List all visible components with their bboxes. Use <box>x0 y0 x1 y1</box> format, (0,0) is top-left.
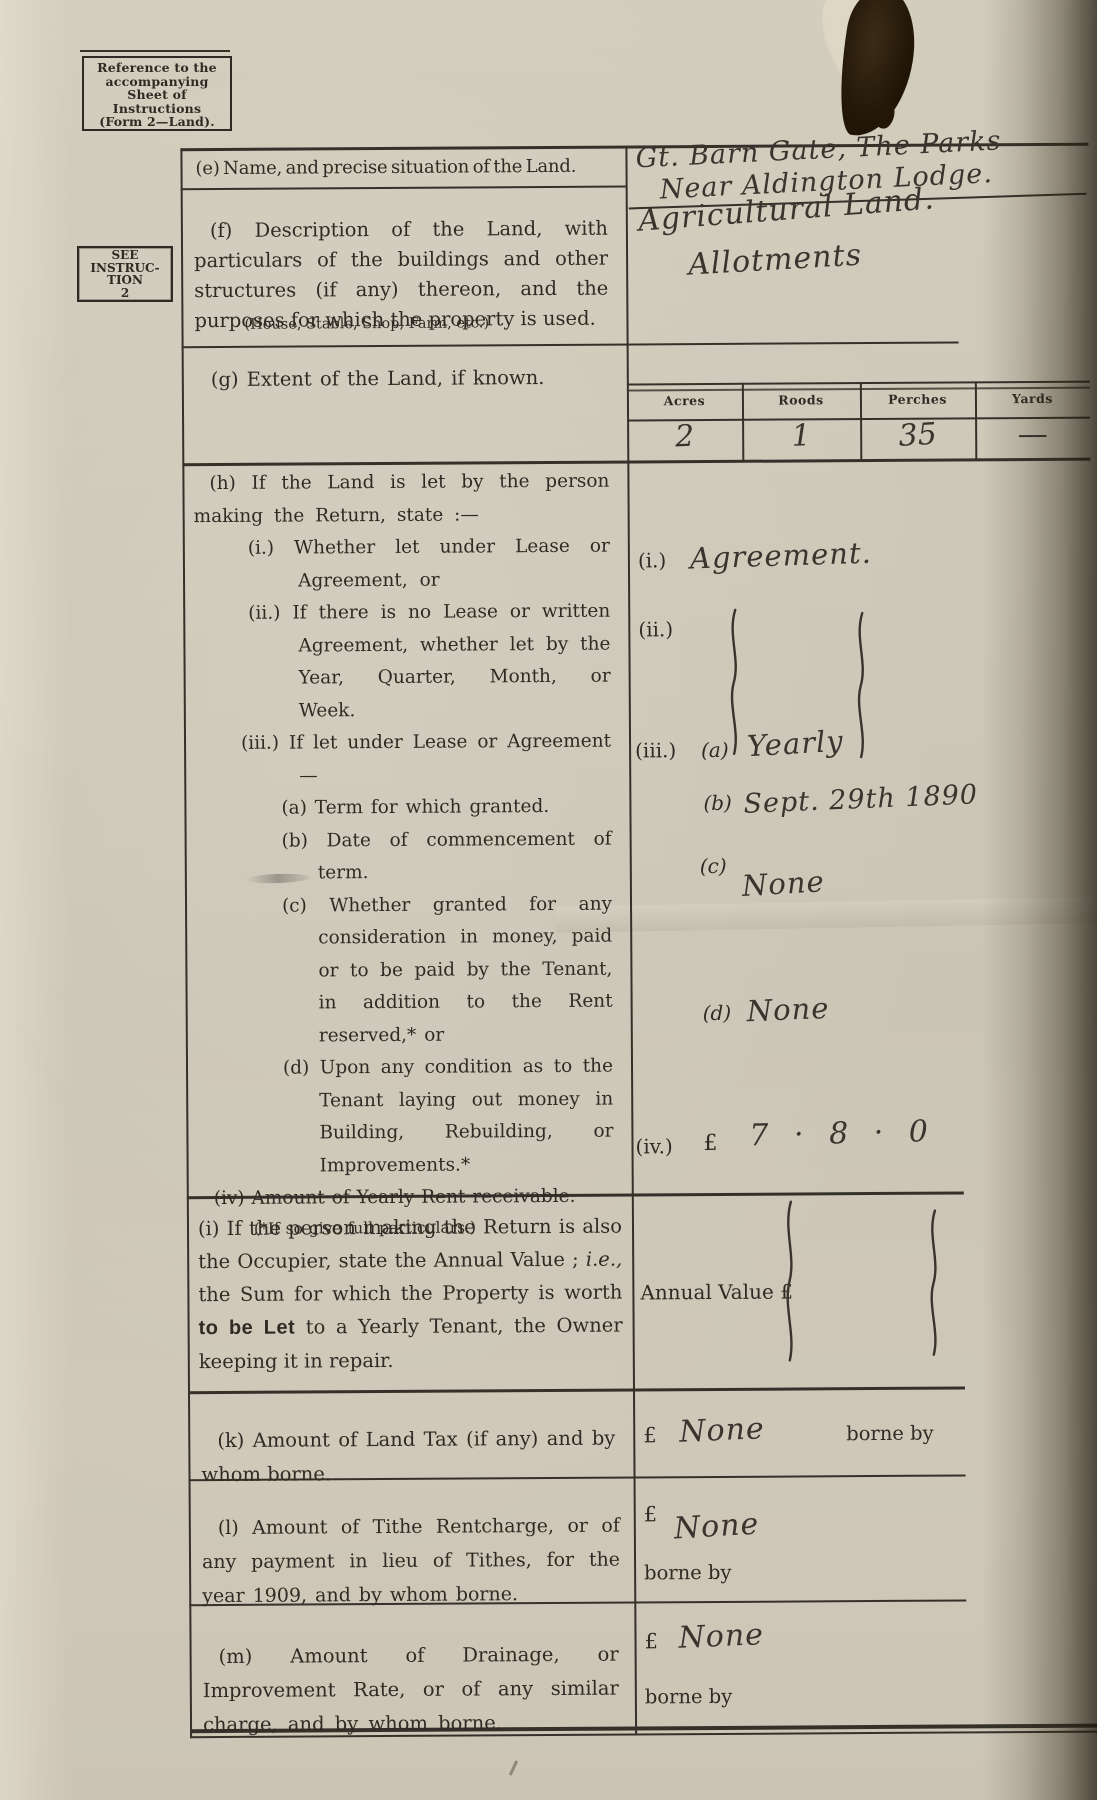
answer-m-currency: £ <box>644 1629 658 1653</box>
row-g-bottom-rule <box>182 458 1090 467</box>
extent-value-roods: 1 <box>742 416 861 456</box>
question-l: (l) Amount of Tithe Rentcharge, or of an… <box>202 1509 621 1614</box>
question-e: (e) Name, and precise situation of the L… <box>195 156 621 180</box>
extent-value-yards: — <box>975 417 1090 453</box>
question-h-sub-b: (b) Date of commencement of term. <box>196 823 612 891</box>
answer-h-ii-label: (ii.) <box>638 617 673 641</box>
form-table: (e) Name, and precise situation of the L… <box>0 0 1097 1800</box>
answer-l-currency: £ <box>644 1502 658 1526</box>
question-h-sub-d: (d) Upon any condition as to the Tenant … <box>197 1051 614 1184</box>
question-h-intro: (h) If the Land is let by the person mak… <box>193 466 609 534</box>
extent-header-acres: Acres <box>627 393 742 409</box>
handwritten-brace-mark <box>924 1208 945 1358</box>
question-f-note: (House, Stable, Shop, Farm, etc.) <box>244 315 489 332</box>
handwritten-brace-mark <box>780 1198 801 1363</box>
answer-h-a-value: Yearly <box>746 724 844 764</box>
answer-h-iii-label: (iii.) <box>635 738 676 762</box>
answer-h-iv-currency: £ <box>703 1131 717 1156</box>
extent-value-perches: 35 <box>859 414 976 456</box>
question-h-item-ii: (ii.) If there is no Lease or written Ag… <box>194 596 611 729</box>
question-m: (m) Amount of Drainage, or Improvement R… <box>203 1637 620 1742</box>
answer-h-b-label: (b) <box>703 791 732 815</box>
answer-k-value: None <box>679 1411 766 1449</box>
extent-header-roods: Roods <box>742 392 860 408</box>
answer-k-borne-by-label: borne by <box>846 1422 933 1446</box>
answer-h-b-value: Sept. 29th 1890 <box>743 779 979 820</box>
answer-k-currency: £ <box>643 1423 657 1447</box>
answer-h-i-label: (i.) <box>638 548 667 572</box>
answer-h-i-value: Agreement. <box>689 536 872 576</box>
answer-h-iv-value: 7 · 8 · 0 <box>749 1114 929 1153</box>
handwritten-brace-mark <box>724 607 745 757</box>
question-i: (i) If the person making the Return is a… <box>198 1210 623 1379</box>
question-i-ie: i.e., <box>586 1248 623 1271</box>
extent-header-perches: Perches <box>860 391 975 407</box>
question-i-block: (i) If the person making the Return is a… <box>198 1210 623 1379</box>
answer-l-borne-by-label: borne by <box>644 1561 731 1585</box>
row-i-bottom-rule <box>188 1386 965 1394</box>
answer-l-value: None <box>673 1507 760 1547</box>
answer-h-d-value: None <box>746 991 830 1028</box>
table-left-rule <box>180 148 192 1738</box>
extent-header-yards: Yards <box>975 391 1090 407</box>
answer-h-iv-label: (iv.) <box>635 1134 672 1158</box>
handwritten-brace-mark <box>851 610 872 760</box>
answer-h-d-label: (d) <box>703 1001 732 1025</box>
scanned-land-valuation-form: Reference to the accompanying Sheet of I… <box>0 0 1097 1800</box>
question-h-sub-c: (c) Whether granted for any consideratio… <box>196 888 613 1053</box>
question-g: (g) Extent of the Land, if known. <box>195 366 609 392</box>
answer-h-c-value: None <box>741 864 826 903</box>
question-i-emphasis: to be Let <box>199 1317 296 1340</box>
row-f-bottom-rule <box>182 341 959 348</box>
question-h-sub-a: (a) Term for which granted. <box>195 791 611 826</box>
question-i-part1: (i) If the person making the Return is a… <box>198 1215 622 1274</box>
answer-m-value: None <box>678 1617 765 1655</box>
answer-h-a-label: (a) <box>701 738 729 762</box>
answer-f-line2: Allotments <box>687 238 863 283</box>
question-h-item-iii: (iii.) If let under Lease or Agreement— <box>195 726 611 794</box>
question-h-block: (h) If the Land is let by the person mak… <box>193 466 614 1242</box>
row-e-bottom-rule <box>181 186 626 191</box>
answer-i-annual-value-label: Annual Value £ <box>640 1280 793 1305</box>
extent-table-top-rule <box>627 381 1090 386</box>
extent-value-acres: 2 <box>627 417 743 457</box>
question-i-part2: the Sum for which the Property is worth <box>198 1281 622 1307</box>
answer-m-borne-by-label: borne by <box>645 1685 732 1709</box>
answer-h-c-label: (c) <box>700 854 727 878</box>
question-h-item-i: (i.) Whether let under Lease or Agreemen… <box>194 531 610 599</box>
question-k: (k) Amount of Land Tax (if any) and by w… <box>201 1421 615 1492</box>
